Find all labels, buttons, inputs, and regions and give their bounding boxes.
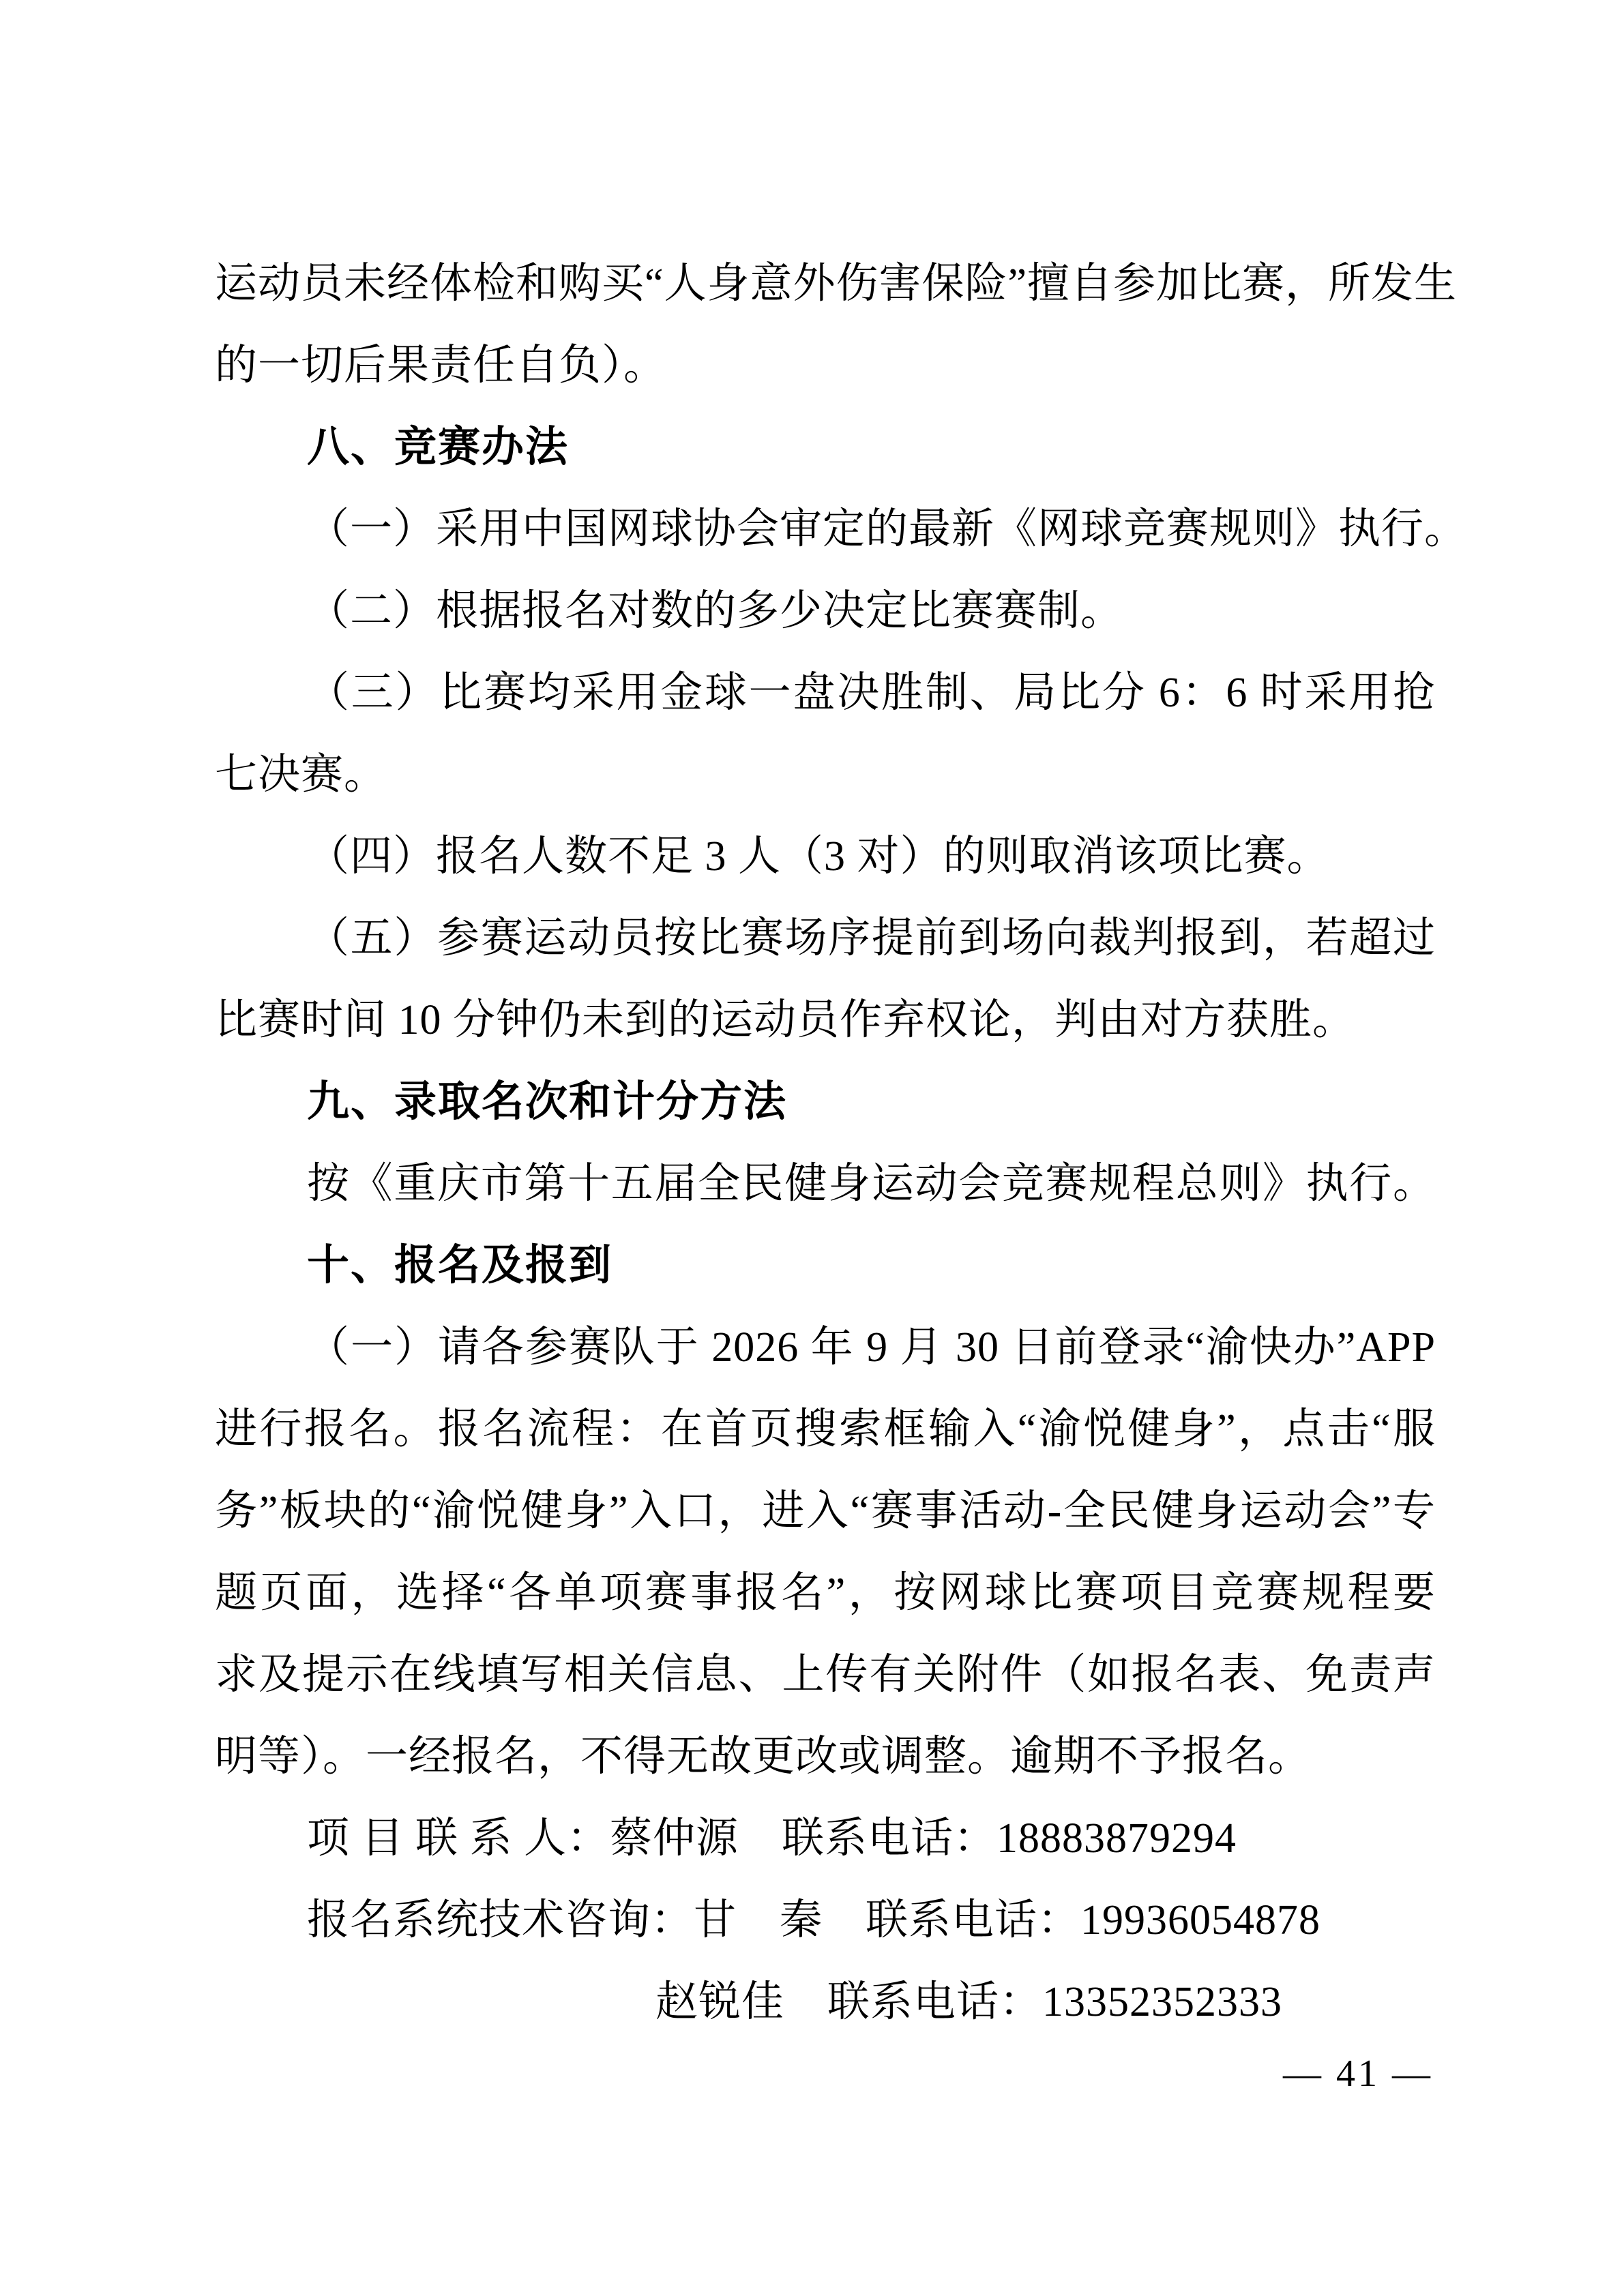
body-line-5: （二）根据报名对数的多少决定比赛赛制。 — [215, 570, 1436, 652]
body-line-17: 题页面，选择“各单项赛事报名”，按网球比赛项目竞赛规程要 — [215, 1552, 1436, 1634]
document-page: 运动员未经体检和购买“人身意外伤害保险”擅自参加比赛，所发生 的一切后果责任自负… — [0, 0, 1624, 2296]
contact-line-tech-support: 报名系统技术咨询：甘 秦 联系电话：19936054878 — [215, 1879, 1436, 1961]
body-line-2: 的一切后果责任自负）。 — [215, 325, 1436, 406]
body-line-8: （四）报名人数不足 3 人（3 对）的则取消该项比赛。 — [215, 816, 1436, 897]
document-body: 运动员未经体检和购买“人身意外伤害保险”擅自参加比赛，所发生 的一切后果责任自负… — [215, 243, 1436, 2043]
page-number: — 41 — — [1283, 2055, 1433, 2093]
body-line-6: （三）比赛均采用金球一盘决胜制、局比分 6：6 时采用抢 — [215, 652, 1436, 734]
body-line-18: 求及提示在线填写相关信息、上传有关附件（如报名表、免责声 — [215, 1634, 1436, 1716]
body-line-9: （五）参赛运动员按比赛场序提前到场向裁判报到，若超过 — [215, 897, 1436, 979]
body-line-16: 务”板块的“渝悦健身”入口，进入“赛事活动-全民健身运动会”专 — [215, 1470, 1436, 1552]
body-line-19: 明等）。一经报名，不得无故更改或调整。逾期不予报名。 — [215, 1716, 1436, 1798]
contact-line-project: 项 目 联 系 人：蔡仲源 联系电话：18883879294 — [215, 1798, 1436, 1879]
body-line-12: 按《重庆市第十五届全民健身运动会竞赛规程总则》执行。 — [215, 1143, 1436, 1225]
section-heading-registration: 十、报名及报到 — [215, 1225, 1436, 1307]
section-heading-competition-method: 八、竞赛办法 — [215, 406, 1436, 488]
body-line-4: （一）采用中国网球协会审定的最新《网球竞赛规则》执行。 — [215, 488, 1436, 570]
body-line-7: 七决赛。 — [215, 734, 1436, 816]
body-line-10: 比赛时间 10 分钟仍未到的运动员作弃权论，判由对方获胜。 — [215, 979, 1436, 1061]
body-line-14: （一）请各参赛队于 2026 年 9 月 30 日前登录“渝快办”APP — [215, 1307, 1436, 1388]
body-line-15: 进行报名。报名流程：在首页搜索框输入“渝悦健身”，点击“服 — [215, 1388, 1436, 1470]
body-line-1: 运动员未经体检和购买“人身意外伤害保险”擅自参加比赛，所发生 — [215, 243, 1436, 325]
contact-line-tech-support-2: 赵锐佳 联系电话：13352352333 — [215, 1961, 1436, 2043]
section-heading-ranking-scoring: 九、录取名次和计分方法 — [215, 1061, 1436, 1143]
